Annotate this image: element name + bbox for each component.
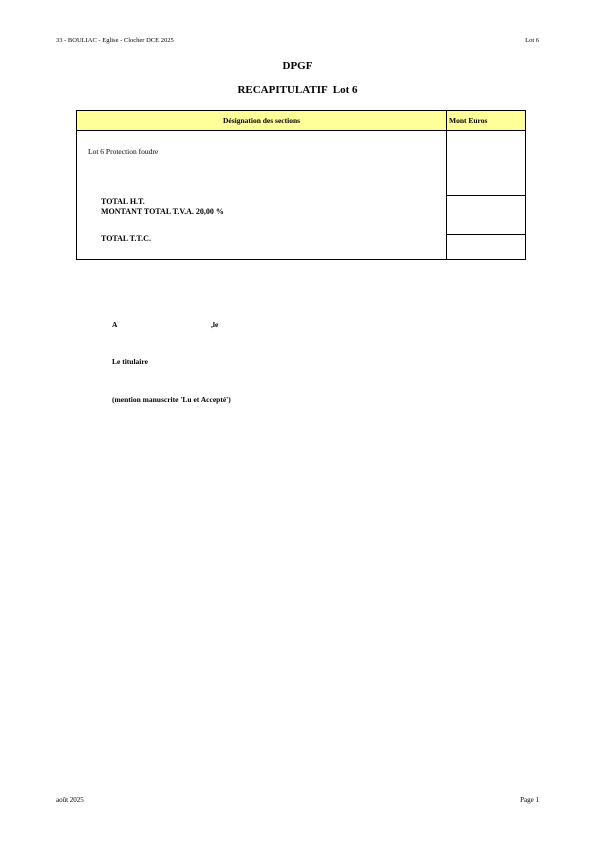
table-row-lot-label: Lot 6 Protection foudre: [88, 147, 158, 156]
total-ttc-label: TOTAL T.T.C.: [101, 234, 151, 243]
total-ht-label: TOTAL H.T.: [101, 197, 145, 206]
column-header-amount: Mont Euros: [449, 111, 487, 130]
document-footer-date: août 2025: [56, 796, 84, 804]
recap-table: Désignation des sections Mont Euros Lot …: [76, 110, 526, 260]
amount-cell-totals: [447, 196, 525, 234]
amount-cell-lot: [447, 131, 525, 195]
signature-place-label: A: [112, 320, 117, 329]
document-subtitle: RECAPITULATIF Lot 6: [0, 84, 595, 96]
column-header-designation: Désignation des sections: [77, 111, 446, 130]
signature-mention-label: (mention manuscrite 'Lu et Accepté'): [112, 395, 231, 404]
document-footer-page: Page 1: [520, 796, 539, 804]
signature-date-label: ,le: [211, 320, 218, 329]
total-tva-label: MONTANT TOTAL T.V.A. 20,00 %: [101, 207, 224, 216]
document-header-project: 33 - BOULIAC - Eglise - Clocher DCE 2025: [56, 37, 174, 44]
document-header-lot: Lot 6: [525, 37, 539, 44]
document-title: DPGF: [0, 60, 595, 72]
signature-holder-label: Le titulaire: [112, 357, 148, 366]
amount-cell-ttc: [447, 235, 525, 259]
